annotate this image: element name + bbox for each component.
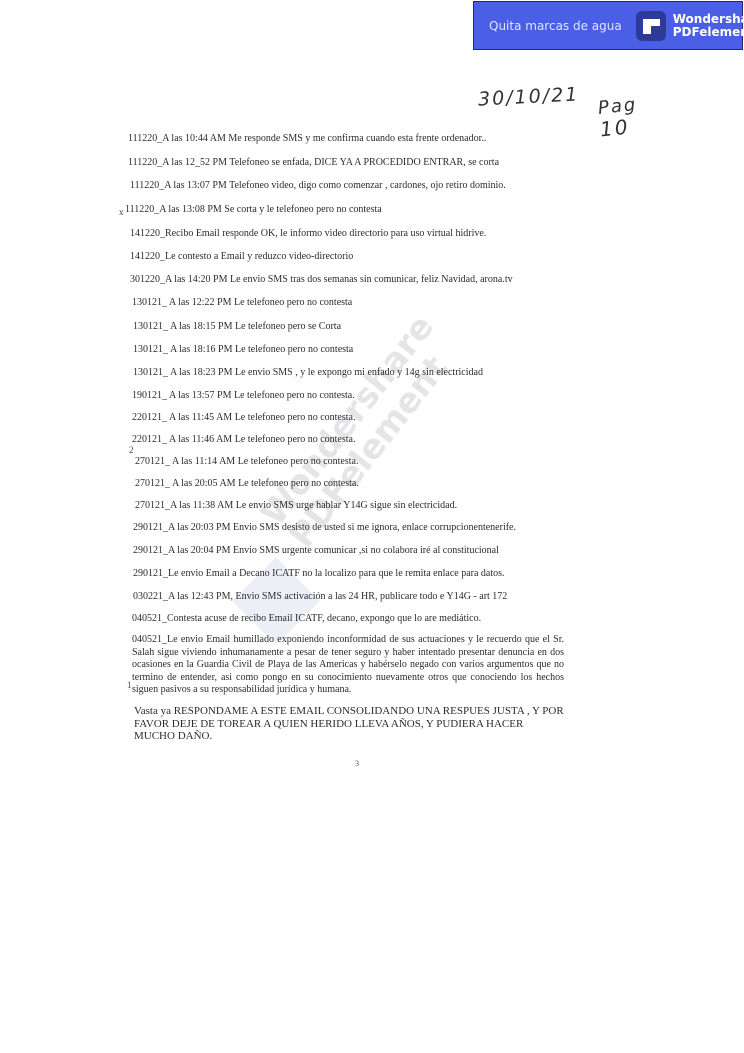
log-entry: 130121_ A las 18:23 PM Le envio SMS , y … [133,367,483,378]
log-entry: 290121_A las 20:03 PM Envio SMS desisto … [133,522,516,533]
log-entry: 141220_Recibo Email responde OK, le info… [130,228,486,239]
scan-mark: 2 [129,445,134,455]
log-entry: 290121_Le envio Email a Decano ICATF no … [133,568,505,579]
pdfelement-logo-icon [636,11,666,41]
closing-statement: Vasta ya RESPONDAME A ESTE EMAIL CONSOLI… [134,705,564,743]
log-entry: 190121_ A las 13:57 PM Le telefoneo pero… [132,390,355,401]
log-entry: 270121_ A las 20:05 AM Le telefoneo pero… [135,478,359,489]
scan-mark: 1 [127,680,132,690]
log-entry: 111220_A las 13:08 PM Se corta y le tele… [125,204,382,215]
log-entry: 111220_A las 12_52 PM Telefoneo se enfad… [128,157,499,168]
remove-watermark-label: Quita marcas de agua [489,19,622,33]
log-entry: 040521_Contesta acuse de recibo Email IC… [132,613,481,624]
log-entry: 220121_ A las 11:46 AM Le telefoneo pero… [132,434,355,445]
log-entry: 130121_ A las 12:22 PM Le telefoneo pero… [132,297,352,308]
brand-line-1: Wondershare [673,12,744,26]
handwritten-page-number: 10 [599,115,631,142]
log-entry: 111220_A las 10:44 AM Me responde SMS y … [128,133,486,144]
log-entry: 270121_ A las 11:14 AM Le telefoneo pero… [135,456,358,467]
log-entry: 270121_A las 11:38 AM Le envio SMS urge … [135,500,457,511]
email-paragraph: 040521_Le envio Email humillado exponien… [132,634,564,697]
log-entry: 030221_A las 12:43 PM, Envio SMS activac… [133,591,507,602]
log-entry: 130121_ A las 18:16 PM Le telefoneo pero… [133,344,353,355]
log-entry: 301220_A las 14:20 PM Le envio SMS tras … [130,274,513,285]
log-entry: 290121_A las 20:04 PM Envio SMS urgente … [133,545,499,556]
log-entry: 130121_ A las 18:15 PM Le telefoneo pero… [133,321,341,332]
log-entry: 111220_A las 13:07 PM Telefoneo video, d… [130,180,506,191]
brand-line-2: PDFelement [673,25,744,39]
scan-mark: x [119,207,124,217]
handwritten-date: 30/10/21 [477,83,579,110]
page-number: 3 [355,759,359,768]
brand-name: Wondershare PDFelement [673,13,744,39]
log-entry: 141220_Le contesto a Email y reduzco vid… [130,251,353,262]
log-entry: 220121_ A las 11:45 AM Le telefoneo pero… [132,412,355,423]
remove-watermark-banner[interactable]: Quita marcas de agua Wondershare PDFelem… [473,1,743,50]
